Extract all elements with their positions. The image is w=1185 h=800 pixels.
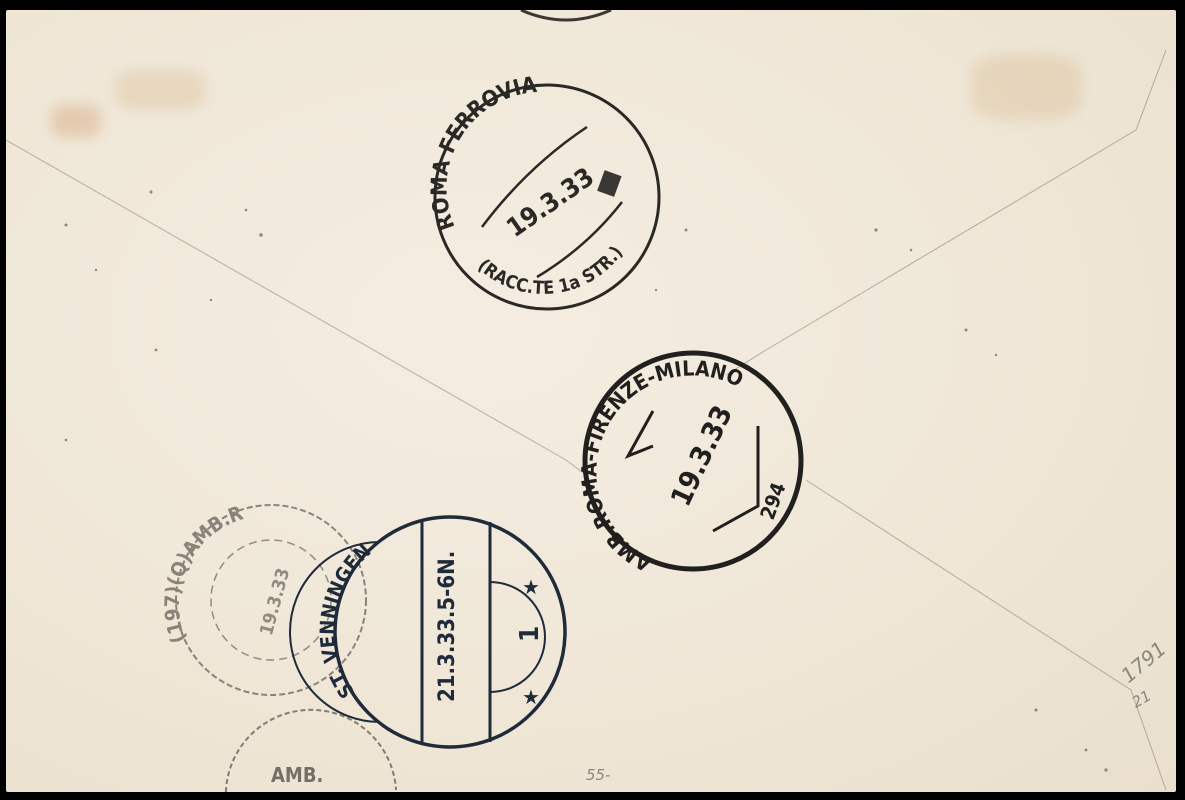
envelope-back: ROMA FERROVIA (RACC.TE 1a STR.) 19.3.33 … <box>6 10 1176 792</box>
star-icon: ★ <box>522 575 540 599</box>
pencil-note-55: 55- <box>586 766 611 784</box>
postmark-amb-roma-milano: AMB.ROMA-FIRENZE-MILANO 294 19.3.33 <box>577 353 801 576</box>
star-icon: ★ <box>522 685 540 709</box>
swiss-arrival-index: 1 <box>515 626 545 642</box>
postmark-swiss-arrival: 21.3.33.5-6N. 1 ★ ★ ST. VENNINGEN 1 <box>290 517 565 747</box>
flap-fold-lines <box>6 50 1166 790</box>
amb-roma-milano-date: 19.3.33 <box>664 400 739 511</box>
postmark-roma-ferrovia: ROMA FERROVIA (RACC.TE 1a STR.) 19.3.33 <box>427 73 659 309</box>
faded-amb-date: 19.3.33 <box>256 566 294 638</box>
roma-ferrovia-date: 19.3.33 <box>501 162 599 243</box>
faded-amb-text: (197)(Q)AMB.R <box>160 501 246 647</box>
swiss-arrival-date: 21.3.33.5-6N. <box>435 551 460 702</box>
roma-ferrovia-bottom-text: (RACC.TE 1a STR.) <box>474 242 628 299</box>
amb-roma-milano-text: AMB.ROMA-FIRENZE-MILANO <box>577 356 747 576</box>
bottom-partial-text: AMB. <box>271 763 323 787</box>
envelope-drawing: ROMA FERROVIA (RACC.TE 1a STR.) 19.3.33 … <box>6 10 1176 792</box>
postmark-top-partial <box>521 10 611 20</box>
